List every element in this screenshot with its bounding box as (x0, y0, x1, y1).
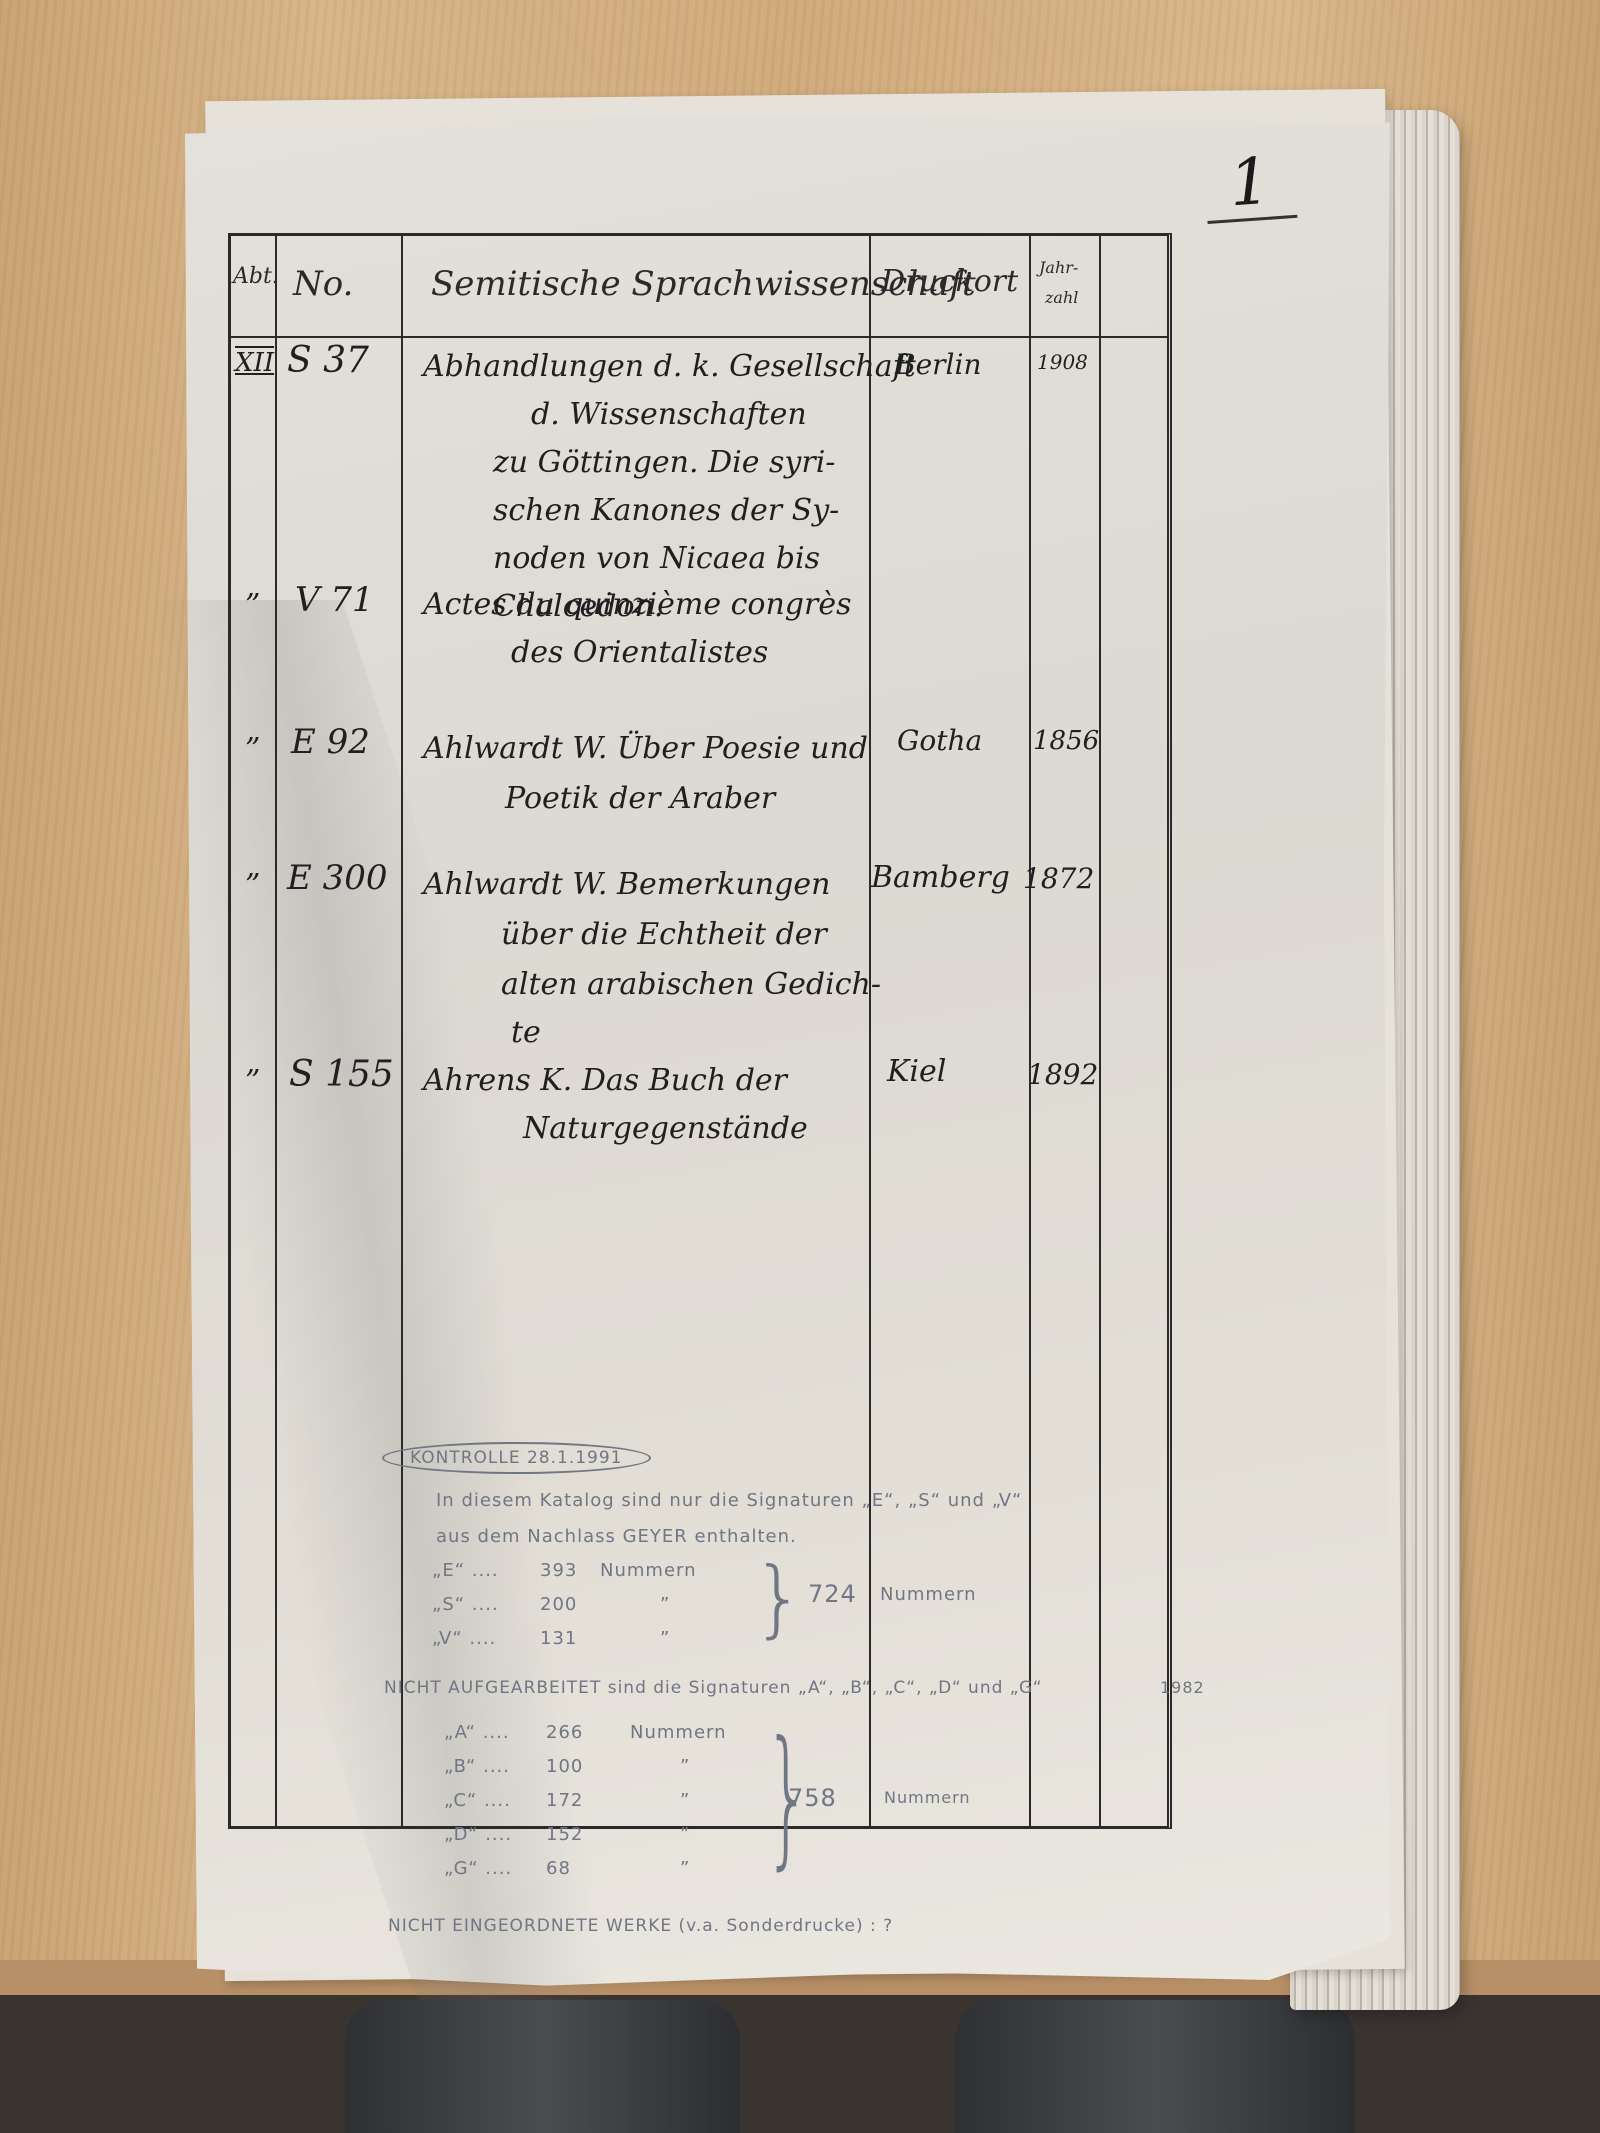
entry-1-number: S 37 (287, 340, 369, 381)
included-total: 724 (808, 1580, 857, 1608)
entry-4-number: E 300 (287, 858, 388, 898)
entry-4-title-4: te (511, 1006, 541, 1060)
included-total-unit: Nummern (880, 1584, 977, 1605)
excluded-count-c: 172 (546, 1790, 583, 1811)
entry-3-section: ” (245, 732, 260, 767)
entry-5-section: ” (245, 1064, 260, 1099)
excluded-sig-b: „B“ .... (444, 1756, 510, 1777)
page-number: 1 (1203, 145, 1298, 224)
note-line-2: aus dem Nachlass GEYER enthalten. (436, 1526, 797, 1547)
excluded-sig-c: „C“ .... (444, 1790, 511, 1811)
excluded-count-b: 100 (546, 1756, 583, 1777)
entry-3-place: Gotha (897, 724, 982, 757)
entry-5-place: Kiel (887, 1054, 946, 1089)
entry-2-title-2: des Orientalistes (511, 626, 768, 680)
entry-3-year: 1856 (1033, 726, 1099, 756)
header-section: Abt. (233, 264, 279, 289)
excluded-sig-a: „A“ .... (444, 1722, 510, 1743)
entry-4-year: 1872 (1023, 862, 1094, 895)
included-sig-v: „V“ .... (432, 1628, 496, 1649)
excluded-unit-b: ” (680, 1756, 690, 1777)
entry-4-title-1: Ahlwardt W. Bemerkungen (423, 858, 830, 912)
entry-5-title-2: Naturgegenstände (523, 1102, 808, 1156)
entry-5-number: S 155 (289, 1054, 394, 1095)
excluded-count-a: 266 (546, 1722, 583, 1743)
entry-2-section: ” (245, 588, 260, 623)
excluded-unit-g: ” (680, 1858, 690, 1879)
entry-1-place: Berlin (895, 348, 981, 381)
entry-1-title-3: zu Göttingen. Die syri- (493, 436, 835, 490)
entry-3-title-2: Poetik der Araber (505, 772, 775, 826)
included-count-s: 200 (540, 1594, 577, 1615)
entry-2-number: V 71 (295, 580, 374, 620)
excluded-unit-c: ” (680, 1790, 690, 1811)
left-leg (345, 2000, 740, 2133)
entry-4-place: Bamberg (871, 860, 1010, 895)
entry-1-title-4: schen Kanones der Sy- (493, 484, 839, 538)
excluded-unit-d: ” (680, 1824, 690, 1845)
note-line-4: NICHT EINGEORDNETE WERKE (v.a. Sonderdru… (388, 1916, 893, 1936)
entry-2-title-1: Actes du quinzième congrès (423, 578, 851, 632)
header-number: No. (293, 264, 353, 304)
excluded-total-unit: Nummern (884, 1788, 971, 1807)
column-divider (401, 236, 403, 1826)
entry-3-title-1: Ahlwardt W. Über Poesie und (423, 722, 868, 776)
excluded-count-d: 152 (546, 1824, 583, 1845)
entry-5-year: 1892 (1027, 1058, 1098, 1091)
excluded-count-g: 68 (546, 1858, 571, 1879)
entry-4-title-2: über die Echtheit der (501, 908, 827, 962)
right-leg (955, 2000, 1355, 2133)
entry-5-title-1: Ahrens K. Das Buch der (423, 1054, 787, 1108)
excluded-unit-a: Nummern (630, 1722, 727, 1743)
note-line-3: NICHT AUFGEARBEITET sind die Signaturen … (384, 1678, 1043, 1698)
note-line-3-year: 1982 (1160, 1678, 1205, 1697)
included-unit-v: ” (660, 1628, 670, 1649)
entry-3-number: E 92 (291, 722, 370, 762)
column-divider (869, 236, 871, 1826)
included-unit-s: ” (660, 1594, 670, 1615)
included-count-v: 131 (540, 1628, 577, 1649)
entry-1-year: 1908 (1037, 350, 1088, 374)
entry-1-title-1: Abhandlungen d. k. Gesellschaft (423, 340, 916, 394)
column-divider (1029, 236, 1031, 1826)
included-sig-s: „S“ .... (432, 1594, 499, 1615)
excluded-sig-g: „G“ .... (444, 1858, 512, 1879)
header-divider (231, 336, 1167, 338)
column-divider (275, 236, 277, 1826)
note-line-1: In diesem Katalog sind nur die Signature… (436, 1490, 1022, 1511)
excluded-total: 758 (788, 1784, 837, 1812)
floor-shadow (0, 1995, 1600, 2133)
brace-included: } (752, 1548, 805, 1648)
entry-4-title-3: alten arabischen Gedich- (501, 958, 881, 1012)
included-sig-e: „E“ .... (432, 1560, 499, 1581)
entry-1-title-2: d. Wissenschaften (531, 388, 807, 442)
ledger-table: Abt. No. Semitische Sprachwissenschaft D… (228, 233, 1172, 1829)
header-place: Druckort (881, 264, 1018, 299)
entry-4-section: ” (245, 868, 260, 903)
excluded-sig-d: „D“ .... (444, 1824, 512, 1845)
included-count-e: 393 (540, 1560, 577, 1581)
entry-1-section: XII (235, 348, 274, 378)
column-divider (1099, 236, 1101, 1826)
header-year-2: zahl (1045, 288, 1078, 307)
included-unit-e: Nummern (600, 1560, 697, 1581)
header-year-1: Jahr- (1039, 258, 1078, 277)
control-stamp: KONTROLLE 28.1.1991 (382, 1442, 651, 1474)
